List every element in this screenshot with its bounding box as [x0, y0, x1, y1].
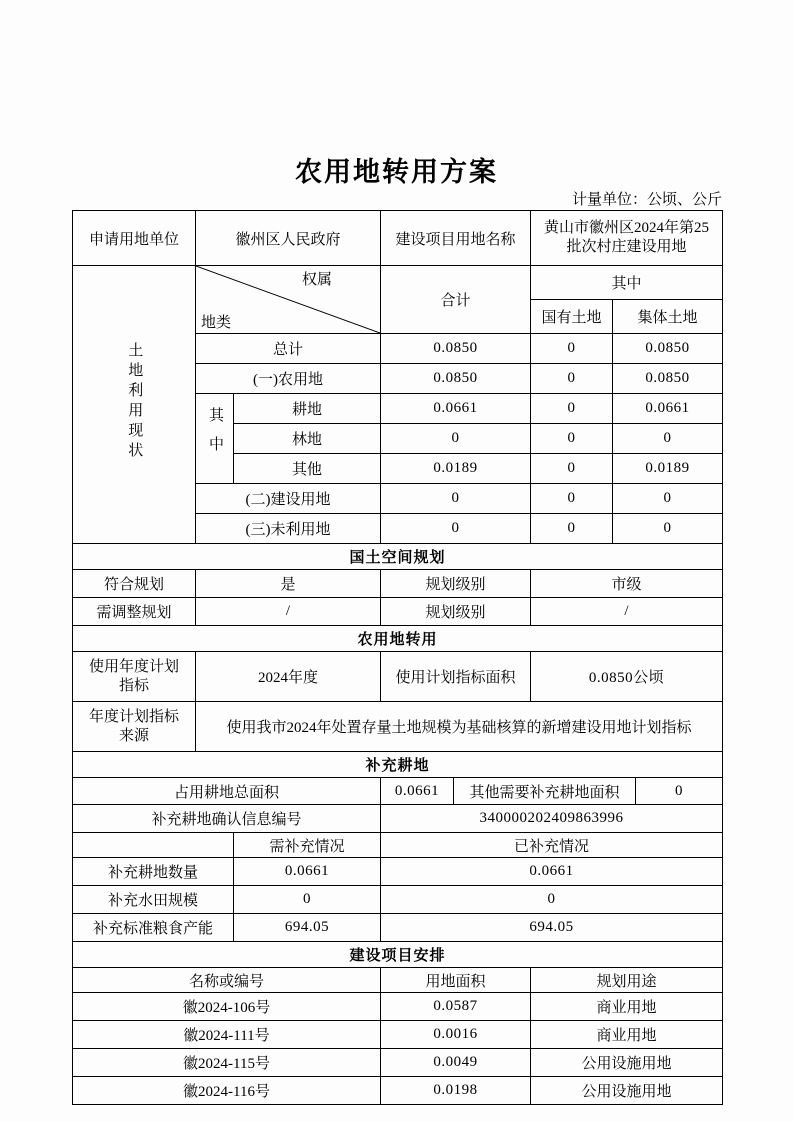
adjust-label: 需调整规划	[73, 598, 196, 626]
row-label: (三)未利用地	[196, 514, 381, 544]
project-name: 徽2024-106号	[73, 993, 381, 1021]
applicant-label: 申请用地单位	[73, 211, 196, 266]
section-header-row: 农用地转用	[73, 626, 723, 652]
value-total: 0.0850	[381, 364, 531, 394]
conform-label: 符合规划	[73, 570, 196, 598]
level-label: 规划级别	[381, 570, 531, 598]
value-collective: 0.0189	[613, 454, 723, 484]
value-collective: 0	[613, 484, 723, 514]
value-collective: 0	[613, 514, 723, 544]
value-state: 0	[531, 514, 613, 544]
project-area: 0.0587	[381, 993, 531, 1021]
done-value: 0.0661	[381, 858, 723, 886]
conversion-table: 农用地转用 使用年度计划指标 2024年度 使用计划指标面积 0.0850公顷 …	[72, 625, 723, 752]
row-label: (一)农用地	[196, 364, 381, 394]
occupied-area-label: 占用耕地总面积	[73, 778, 381, 805]
among-sub-label: 其中	[196, 394, 234, 484]
table-row: 补充标准粮食产能 694.05 694.05	[73, 914, 723, 942]
value-state: 0	[531, 454, 613, 484]
applicant-value: 徽州区人民政府	[196, 211, 381, 266]
value-state: 0	[531, 334, 613, 364]
value-state: 0	[531, 364, 613, 394]
supplement-table: 补充耕地 占用耕地总面积 0.0661 其他需要补充耕地面积 0 补充耕地确认信…	[72, 751, 723, 942]
row-label: 补充耕地数量	[73, 858, 234, 886]
value-total: 0.0661	[381, 394, 531, 424]
col-header-name: 名称或编号	[73, 968, 381, 993]
need-value: 694.05	[234, 914, 381, 942]
other-supplement-label: 其他需要补充耕地面积	[454, 778, 636, 805]
planning-table: 国土空间规划 符合规划 是 规划级别 市级 需调整规划 / 规划级别 /	[72, 543, 723, 626]
table-row: 补充耕地数量 0.0661 0.0661	[73, 858, 723, 886]
adjust-value: /	[196, 598, 381, 626]
section-header-row: 国土空间规划	[73, 544, 723, 570]
plan-source-value: 使用我市2024年处置存量土地规模为基础核算的新增建设用地计划指标	[196, 702, 723, 752]
plan-source-label: 年度计划指标来源	[73, 702, 196, 752]
value-state: 0	[531, 424, 613, 454]
table-row: 符合规划 是 规划级别 市级	[73, 570, 723, 598]
table-row: 年度计划指标来源 使用我市2024年处置存量土地规模为基础核算的新增建设用地计划…	[73, 702, 723, 752]
annual-plan-value: 2024年度	[196, 652, 381, 702]
project-name-label: 建设项目用地名称	[381, 211, 531, 266]
table-row: 占用耕地总面积 0.0661 其他需要补充耕地面积 0	[73, 778, 723, 805]
section-header-row: 补充耕地	[73, 752, 723, 778]
row-label: 补充标准粮食产能	[73, 914, 234, 942]
projects-table: 建设项目安排 名称或编号 用地面积 规划用途 徽2024-106号 0.0587…	[72, 941, 723, 1105]
project-area: 0.0016	[381, 1021, 531, 1049]
need-value: 0	[234, 886, 381, 914]
row-label: 耕地	[234, 394, 381, 424]
table-row: 需补充情况 已补充情况	[73, 833, 723, 858]
project-use: 商业用地	[531, 1021, 723, 1049]
table-row: 徽2024-106号 0.0587 商业用地	[73, 993, 723, 1021]
project-area: 0.0198	[381, 1077, 531, 1105]
table-row: 名称或编号 用地面积 规划用途	[73, 968, 723, 993]
table-row: 徽2024-115号 0.0049 公用设施用地	[73, 1049, 723, 1077]
measurement-unit-note: 计量单位：公顷、公斤	[72, 188, 722, 209]
done-value: 694.05	[381, 914, 723, 942]
table-row: 使用年度计划指标 2024年度 使用计划指标面积 0.0850公顷	[73, 652, 723, 702]
conversion-section-title: 农用地转用	[73, 626, 723, 652]
other-supplement-value: 0	[636, 778, 723, 805]
diagonal-header-cell: 权属 地类	[196, 266, 381, 334]
empty-cell	[73, 833, 234, 858]
project-name-value: 黄山市徽州区2024年第25批次村庄建设用地	[531, 211, 723, 266]
col-header-collective-land: 集体土地	[613, 300, 723, 334]
col-header-among: 其中	[531, 266, 723, 300]
value-collective: 0.0850	[613, 364, 723, 394]
project-name: 徽2024-116号	[73, 1077, 381, 1105]
value-total: 0.0850	[381, 334, 531, 364]
section-header-row: 建设项目安排	[73, 942, 723, 968]
value-total: 0.0189	[381, 454, 531, 484]
row-label: 补充水田规模	[73, 886, 234, 914]
project-use: 公用设施用地	[531, 1049, 723, 1077]
value-collective: 0	[613, 424, 723, 454]
projects-section-title: 建设项目安排	[73, 942, 723, 968]
land-use-table: 土地利用现状 权属 地类 合计 其中 国有土地 集体土地 总计 0.0850 0…	[72, 265, 723, 544]
project-name: 徽2024-115号	[73, 1049, 381, 1077]
plan-area-label: 使用计划指标面积	[381, 652, 531, 702]
diagonal-label-landclass: 地类	[201, 311, 231, 332]
table-row: 补充水田规模 0 0	[73, 886, 723, 914]
col-header-area: 用地面积	[381, 968, 531, 993]
row-label: (二)建设用地	[196, 484, 381, 514]
value-state: 0	[531, 394, 613, 424]
value-total: 0	[381, 484, 531, 514]
value-collective: 0.0661	[613, 394, 723, 424]
confirm-number-label: 补充耕地确认信息编号	[73, 805, 381, 833]
land-use-section-label: 土地利用现状	[73, 266, 196, 544]
value-collective: 0.0850	[613, 334, 723, 364]
project-use: 商业用地	[531, 993, 723, 1021]
col-header-total: 合计	[381, 266, 531, 334]
table-row: 申请用地单位 徽州区人民政府 建设项目用地名称 黄山市徽州区2024年第25批次…	[73, 211, 723, 266]
level-value: /	[531, 598, 723, 626]
done-value: 0	[381, 886, 723, 914]
table-row: 补充耕地确认信息编号 340000202409863996	[73, 805, 723, 833]
need-situation-header: 需补充情况	[234, 833, 381, 858]
occupied-area-value: 0.0661	[381, 778, 454, 805]
level-value: 市级	[531, 570, 723, 598]
table-row: 土地利用现状 权属 地类 合计 其中	[73, 266, 723, 300]
col-header-state-land: 国有土地	[531, 300, 613, 334]
table-row: 需调整规划 / 规划级别 /	[73, 598, 723, 626]
table-row: 徽2024-111号 0.0016 商业用地	[73, 1021, 723, 1049]
need-value: 0.0661	[234, 858, 381, 886]
row-label: 其他	[234, 454, 381, 484]
value-state: 0	[531, 484, 613, 514]
plan-area-value: 0.0850公顷	[531, 652, 723, 702]
project-use: 公用设施用地	[531, 1077, 723, 1105]
value-total: 0	[381, 424, 531, 454]
annual-plan-label: 使用年度计划指标	[73, 652, 196, 702]
confirm-number-value: 340000202409863996	[381, 805, 723, 833]
project-area: 0.0049	[381, 1049, 531, 1077]
col-header-use: 规划用途	[531, 968, 723, 993]
diagonal-label-ownership: 权属	[302, 268, 332, 289]
value-total: 0	[381, 514, 531, 544]
project-name: 徽2024-111号	[73, 1021, 381, 1049]
table-row: 徽2024-116号 0.0198 公用设施用地	[73, 1077, 723, 1105]
row-label: 总计	[196, 334, 381, 364]
main-table: 申请用地单位 徽州区人民政府 建设项目用地名称 黄山市徽州区2024年第25批次…	[72, 210, 722, 1105]
row-label: 林地	[234, 424, 381, 454]
conform-value: 是	[196, 570, 381, 598]
done-situation-header: 已补充情况	[381, 833, 723, 858]
planning-section-title: 国土空间规划	[73, 544, 723, 570]
document-page: 农用地转用方案 计量单位：公顷、公斤 申请用地单位 徽州区人民政府 建设项目用地…	[0, 0, 793, 1121]
level-label: 规划级别	[381, 598, 531, 626]
supplement-section-title: 补充耕地	[73, 752, 723, 778]
applicant-table: 申请用地单位 徽州区人民政府 建设项目用地名称 黄山市徽州区2024年第25批次…	[72, 210, 723, 266]
page-title: 农用地转用方案	[0, 150, 793, 189]
